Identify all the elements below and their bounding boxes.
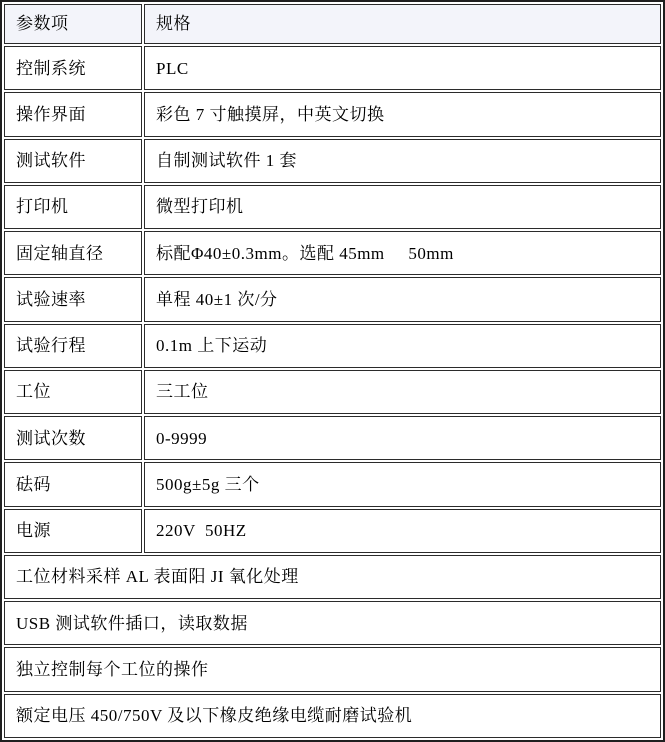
full-width-cell: 额定电压 450/750V 及以下橡皮绝缘电缆耐磨试验机 bbox=[4, 694, 661, 738]
spec-cell: 0.1m 上下运动 bbox=[144, 324, 661, 368]
table-row: 试验速率 单程 40±1 次/分 bbox=[4, 277, 661, 321]
spec-page: 参数项 规格 控制系统 PLC 操作界面 彩色 7 寸触摸屏，中英文切换 测试软… bbox=[0, 0, 665, 742]
param-cell: 试验速率 bbox=[4, 277, 142, 321]
table-row: 打印机 微型打印机 bbox=[4, 185, 661, 229]
spec-table: 参数项 规格 控制系统 PLC 操作界面 彩色 7 寸触摸屏，中英文切换 测试软… bbox=[0, 0, 665, 742]
spec-cell: PLC bbox=[144, 46, 661, 90]
full-width-cell: USB 测试软件插口，读取数据 bbox=[4, 601, 661, 645]
param-cell: 固定轴直径 bbox=[4, 231, 142, 275]
table-row-fullwidth: 独立控制每个工位的操作 bbox=[4, 647, 661, 691]
spec-cell: 彩色 7 寸触摸屏，中英文切换 bbox=[144, 92, 661, 136]
table-row: 操作界面 彩色 7 寸触摸屏，中英文切换 bbox=[4, 92, 661, 136]
table-row-fullwidth: 工位材料采样 AL 表面阳 JI 氧化处理 bbox=[4, 555, 661, 599]
table-row-fullwidth: 额定电压 450/750V 及以下橡皮绝缘电缆耐磨试验机 bbox=[4, 694, 661, 738]
spec-cell: 单程 40±1 次/分 bbox=[144, 277, 661, 321]
full-width-cell: 独立控制每个工位的操作 bbox=[4, 647, 661, 691]
param-cell: 工位 bbox=[4, 370, 142, 414]
table-row: 测试软件 自制测试软件 1 套 bbox=[4, 139, 661, 183]
header-row: 参数项 规格 bbox=[4, 4, 661, 44]
spec-cell: 标配Φ40±0.3mm。选配 45mm 50mm bbox=[144, 231, 661, 275]
table-row-fullwidth: USB 测试软件插口，读取数据 bbox=[4, 601, 661, 645]
header-cell-spec: 规格 bbox=[144, 4, 661, 44]
spec-cell: 220V 50HZ bbox=[144, 509, 661, 553]
full-width-cell: 工位材料采样 AL 表面阳 JI 氧化处理 bbox=[4, 555, 661, 599]
spec-cell: 微型打印机 bbox=[144, 185, 661, 229]
spec-cell: 三工位 bbox=[144, 370, 661, 414]
table-row: 试验行程 0.1m 上下运动 bbox=[4, 324, 661, 368]
param-cell: 打印机 bbox=[4, 185, 142, 229]
table-row: 电源 220V 50HZ bbox=[4, 509, 661, 553]
table-row: 工位 三工位 bbox=[4, 370, 661, 414]
param-cell: 测试软件 bbox=[4, 139, 142, 183]
param-cell: 测试次数 bbox=[4, 416, 142, 460]
spec-cell: 500g±5g 三个 bbox=[144, 462, 661, 506]
param-cell: 试验行程 bbox=[4, 324, 142, 368]
table-row: 固定轴直径 标配Φ40±0.3mm。选配 45mm 50mm bbox=[4, 231, 661, 275]
param-cell: 砝码 bbox=[4, 462, 142, 506]
spec-table-header: 参数项 规格 bbox=[4, 4, 661, 44]
param-cell: 操作界面 bbox=[4, 92, 142, 136]
spec-cell: 自制测试软件 1 套 bbox=[144, 139, 661, 183]
table-row: 测试次数 0-9999 bbox=[4, 416, 661, 460]
header-cell-param: 参数项 bbox=[4, 4, 142, 44]
param-cell: 电源 bbox=[4, 509, 142, 553]
table-row: 控制系统 PLC bbox=[4, 46, 661, 90]
table-row: 砝码 500g±5g 三个 bbox=[4, 462, 661, 506]
spec-cell: 0-9999 bbox=[144, 416, 661, 460]
param-cell: 控制系统 bbox=[4, 46, 142, 90]
spec-table-body: 控制系统 PLC 操作界面 彩色 7 寸触摸屏，中英文切换 测试软件 自制测试软… bbox=[4, 46, 661, 738]
